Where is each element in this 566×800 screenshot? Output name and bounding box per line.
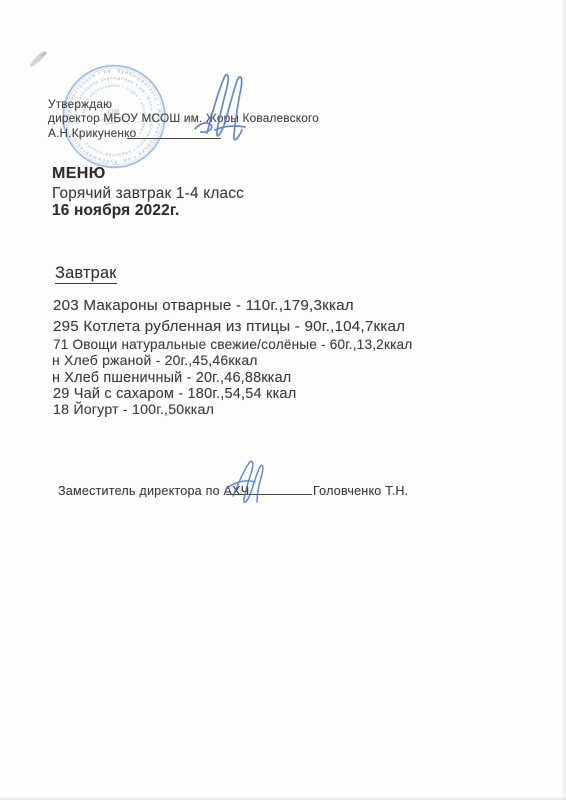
- menu-item: н Хлеб ржаной - 20г.,45,46ккал: [52, 352, 258, 368]
- menu-item: н Хлеб пшеничный - 20г.,46,88ккал: [52, 370, 291, 386]
- director-signature: [185, 66, 265, 151]
- deputy-signature: [222, 458, 282, 510]
- menu-item: 203 Макароны отварные - 110г.,179,3ккал: [53, 297, 354, 314]
- menu-item: 29 Чай с сахаром - 180г.,54,54 ккал: [53, 386, 296, 402]
- scan-edge-bottom: [0, 796, 566, 800]
- approval-word: Утверждаю: [48, 97, 112, 111]
- document-page: • Администрации • им. Куйбышевского • Ад…: [0, 0, 566, 800]
- menu-date: 16 ноября 2022г.: [52, 202, 179, 220]
- footer-label: Заместитель директора по АХЧ: [58, 484, 249, 498]
- approval-director-line: директор МБОУ МСОШ им. Жоры Ковалевского: [48, 111, 319, 125]
- section-title-wrap: Завтрак: [55, 264, 117, 283]
- section-title: Завтрак: [55, 264, 117, 284]
- footer-name: Головченко Т.Н.: [313, 484, 408, 498]
- approval-name: А.Н.Крикуненко: [48, 126, 136, 140]
- scan-edge-right: [562, 0, 566, 800]
- menu-item: 18 Йогурт - 100г.,50ккал: [53, 402, 214, 418]
- menu-item: 71 Овощи натуральные свежие/солёные - 60…: [53, 337, 412, 352]
- menu-item: 295 Котлета рубленная из птицы - 90г.,10…: [53, 318, 405, 335]
- menu-subtitle: Горячий завтрак 1-4 класс: [52, 185, 244, 203]
- menu-title: МЕНЮ: [52, 165, 106, 183]
